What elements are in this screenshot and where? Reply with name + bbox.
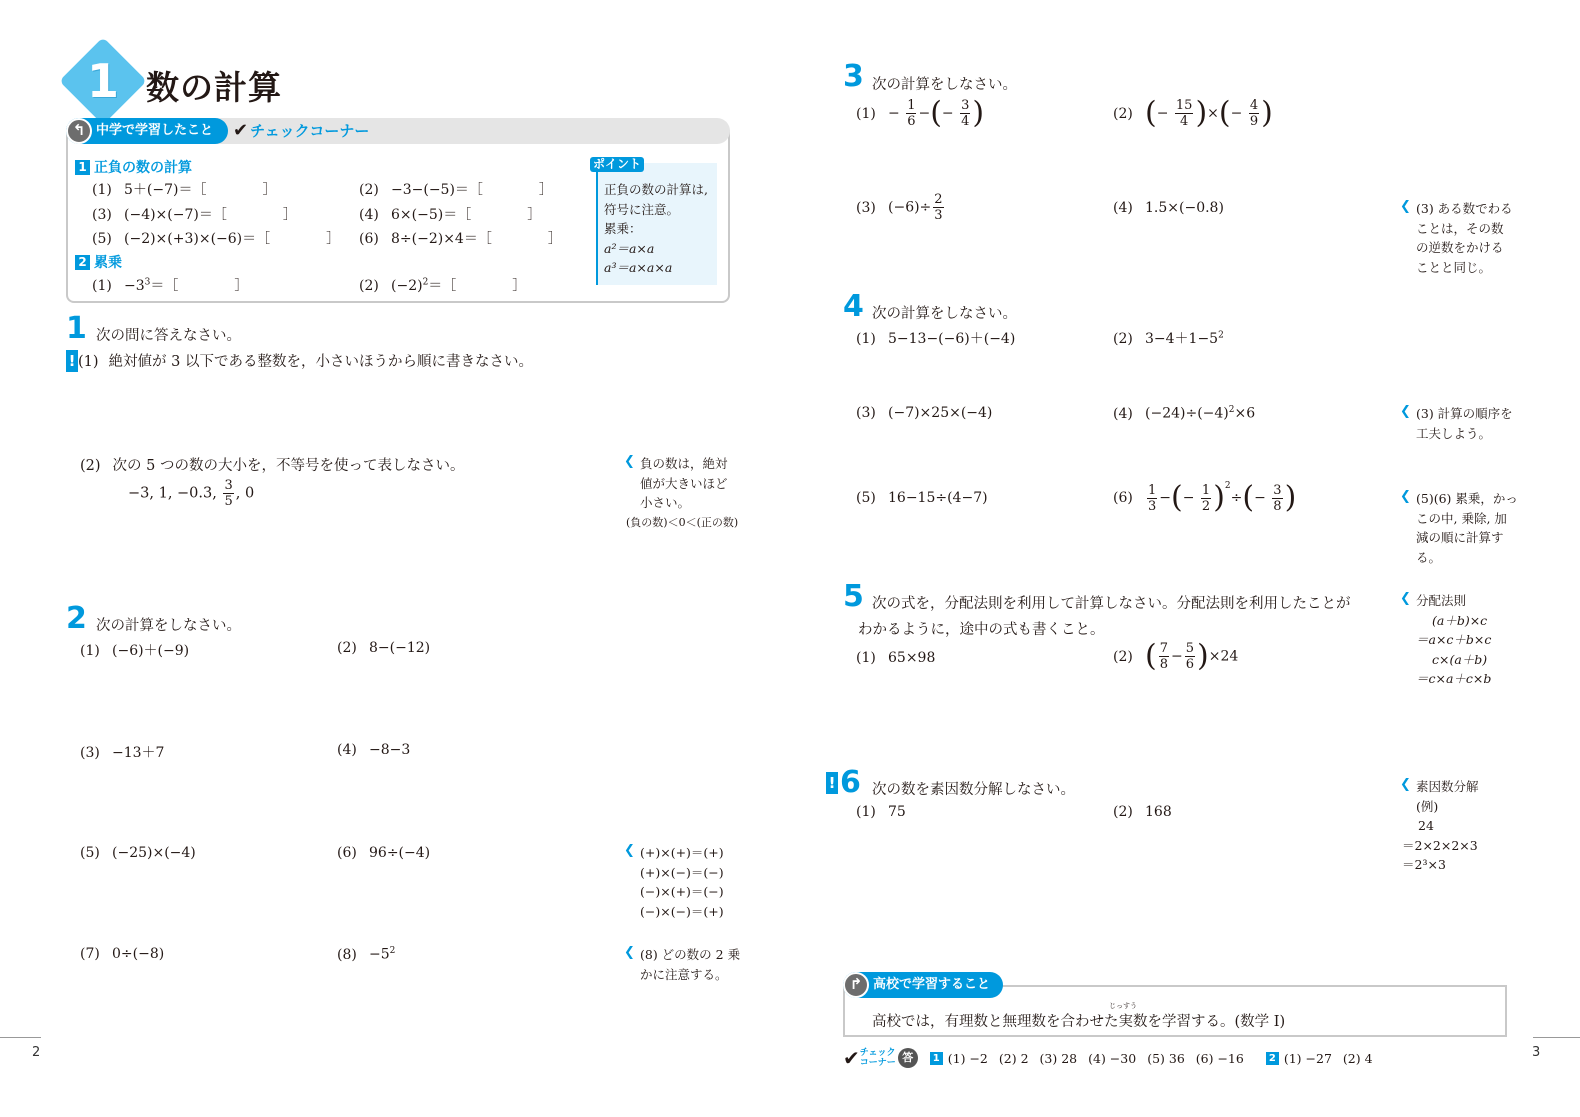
high-school-text: 高校では，有理数と無理数を合わせた実数を学習する。(数学 I) [872, 1010, 1285, 1031]
chapter-number: 1 [72, 54, 134, 108]
section-title: 正負の数の計算 [94, 160, 192, 176]
problem-1-text: 次の問に答えなさい。 [96, 324, 241, 345]
important-icon: ! [826, 772, 838, 794]
problem-6-text: 次の数を素因数分解しなさい。 [872, 778, 1075, 799]
problem-item: (6)13−(− 12)2÷(− 38) [1113, 481, 1296, 514]
problem-item: (8)−52 [337, 946, 395, 963]
answer-item: (1) −2 [948, 1051, 988, 1066]
problem-item: (3)−13＋7 [80, 742, 164, 762]
side-note-order-of-ops: ❮(5)(6) 累乗，かっこの中, 乗除, 加減の順に計算する。 [1416, 489, 1518, 567]
chevron-left-icon: ❮ [624, 454, 635, 469]
problem-item: (1)65×98 [856, 650, 935, 666]
problem-item: (3)(−7)×25×(−4) [856, 405, 992, 421]
chevron-left-icon: ❮ [1400, 489, 1411, 504]
page-number-right: 3 [1532, 1045, 1540, 1060]
answer-item: (6) −16 [1196, 1051, 1244, 1066]
chevron-left-icon: ❮ [1400, 591, 1411, 606]
section-number: 1 [930, 1052, 943, 1065]
page-rule-left [0, 1037, 41, 1038]
check-item: (2)(−2)2＝［ ］ [359, 275, 526, 295]
side-note-distributive: ❮分配法則(a＋b)×c＝a×c＋b×cc×(a＋b)＝c×a＋c×b [1416, 591, 1491, 689]
problem-2-number: 2 [66, 604, 87, 634]
problem-1-q1: !(1)絶対値が 3 以下である整数を，小さいほうから順に書きなさい。 [66, 350, 533, 372]
check-corner-title-text: チェックコーナー [250, 122, 369, 140]
problem-item: (6)96÷(−4) [337, 845, 430, 861]
problem-item: (2)(− 154)×(− 49) [1113, 98, 1273, 129]
check-section-1-label: 1正負の数の計算 [75, 157, 192, 177]
chevron-left-icon: ❮ [624, 945, 635, 960]
chevron-left-icon: ❮ [1400, 199, 1411, 214]
chevron-left-icon: ❮ [1400, 404, 1411, 419]
point-text: 正負の数の計算は, 符号に注意。 累乗： a²＝a×a a³＝a×a×a [604, 180, 708, 278]
problem-item: (5)16−15÷(4−7) [856, 490, 988, 506]
problem-2-text: 次の計算をしなさい。 [96, 614, 241, 635]
check-section-2-label: 2累乗 [75, 252, 122, 272]
check-item: (3)(−4)×(−7)＝［ ］ [92, 204, 297, 224]
answer-item: (2) 2 [999, 1051, 1029, 1066]
section-number: 2 [1266, 1052, 1279, 1065]
problem-item: (1)(−6)＋(−9) [80, 640, 189, 660]
problem-item: (2)168 [1113, 804, 1172, 820]
answer-item: (1) −27 [1284, 1051, 1332, 1066]
section-title: 累乗 [94, 255, 122, 271]
chevron-left-icon: ❮ [624, 843, 635, 858]
point-tag: ポイント [590, 157, 644, 172]
side-note-order: ❮(3) 計算の順序を工夫しよう。 [1416, 404, 1513, 443]
problem-item: (4)−8−3 [337, 742, 410, 758]
answer-item: (4) −30 [1088, 1051, 1136, 1066]
check-corner-title: ✔チェックコーナー [233, 120, 369, 141]
check-item: (5)(−2)×(+3)×(−6)＝［ ］ [92, 228, 340, 248]
checkmark-icon: ✔ [843, 1046, 860, 1070]
problem-item: (3)(−6)÷23 [856, 192, 946, 223]
problem-5-text-line1: 次の式を，分配法則を利用して計算しなさい。分配法則を利用したことが [872, 592, 1351, 613]
problem-4-text: 次の計算をしなさい。 [872, 302, 1017, 323]
problem-item: (1)− 16−(− 34) [856, 98, 984, 129]
problem-item: (4)1.5×(−0.8) [1113, 200, 1224, 216]
answer-item: (3) 28 [1040, 1051, 1078, 1066]
problem-item: (2)8−(−12) [337, 640, 430, 656]
problem-6-number: !6 [826, 768, 861, 798]
forward-arrow-icon: ↱ [843, 972, 869, 998]
page-rule-right [1533, 1037, 1580, 1038]
section-number: 2 [75, 255, 90, 270]
problem-4-number: 4 [843, 292, 864, 322]
checkmark-icon: ✔ [233, 120, 248, 141]
answer-item: (5) 36 [1147, 1051, 1185, 1066]
problem-item: (2)(78−56)×24 [1113, 641, 1238, 672]
check-item: (1)−33＝［ ］ [92, 275, 248, 295]
problem-3-number: 3 [843, 62, 864, 92]
check-item: (6)8÷(−2)×4＝［ ］ [359, 228, 562, 248]
side-note-reciprocal: ❮(3) ある数でわることは，その数の逆数をかけることと同じ。 [1416, 199, 1513, 277]
problem-1-q2-values: −3, 1, −0.3, 35, 0 [128, 478, 254, 509]
answer-item: (2) 4 [1343, 1051, 1373, 1066]
check-item: (2)−3−(−5)＝［ ］ [359, 179, 553, 199]
problem-3-text: 次の計算をしなさい。 [872, 73, 1017, 94]
problem-1-q2: (2)次の 5 つの数の大小を，不等号を使って表しなさい。 [80, 454, 465, 475]
side-note-prime-factorization: ❮素因数分解(例)24＝2×2×2×3＝2³×3 [1416, 777, 1479, 875]
problem-item: (4)(−24)÷(−4)2×6 [1113, 405, 1255, 422]
problem-5-number: 5 [843, 582, 864, 612]
side-note-negative-numbers: ❮負の数は，絶対値が大きいほど小さい。(負の数)＜0＜(正の数) [640, 454, 738, 532]
problem-item: (1)5−13−(−6)＋(−4) [856, 328, 1015, 348]
check-item: (1)5＋(−7)＝［ ］ [92, 179, 276, 199]
answer-badge: 答 [898, 1048, 918, 1068]
answers-label: チェックコーナー [860, 1048, 896, 1068]
page-number-left: 2 [32, 1045, 40, 1060]
side-note-square: ❮(8) どの数の 2 乗かに注意する。 [640, 945, 740, 984]
problem-item: (2)3−4＋1−52 [1113, 328, 1224, 348]
check-corner-answers: ✔ チェックコーナー 答 1 (1) −2 (2) 2 (3) 28 (4) −… [843, 1046, 1384, 1070]
page-title: 数の計算 [146, 62, 282, 109]
problem-item: (7)0÷(−8) [80, 946, 164, 962]
return-arrow-icon: ↰ [66, 118, 92, 144]
problem-item: (5)(−25)×(−4) [80, 845, 196, 861]
problem-5-text-line2: わかるように，途中の式も書くこと。 [858, 618, 1105, 639]
problem-item: (1)75 [856, 804, 906, 820]
section-number: 1 [75, 160, 90, 175]
problem-1-number: 1 [66, 314, 87, 344]
important-icon: ! [66, 350, 78, 372]
check-item: (4)6×(−5)＝［ ］ [359, 204, 541, 224]
side-note-sign-rules: ❮(+)×(+)＝(+)(+)×(−)＝(−)(−)×(+)＝(−)(−)×(−… [640, 843, 724, 921]
chevron-left-icon: ❮ [1400, 777, 1411, 792]
